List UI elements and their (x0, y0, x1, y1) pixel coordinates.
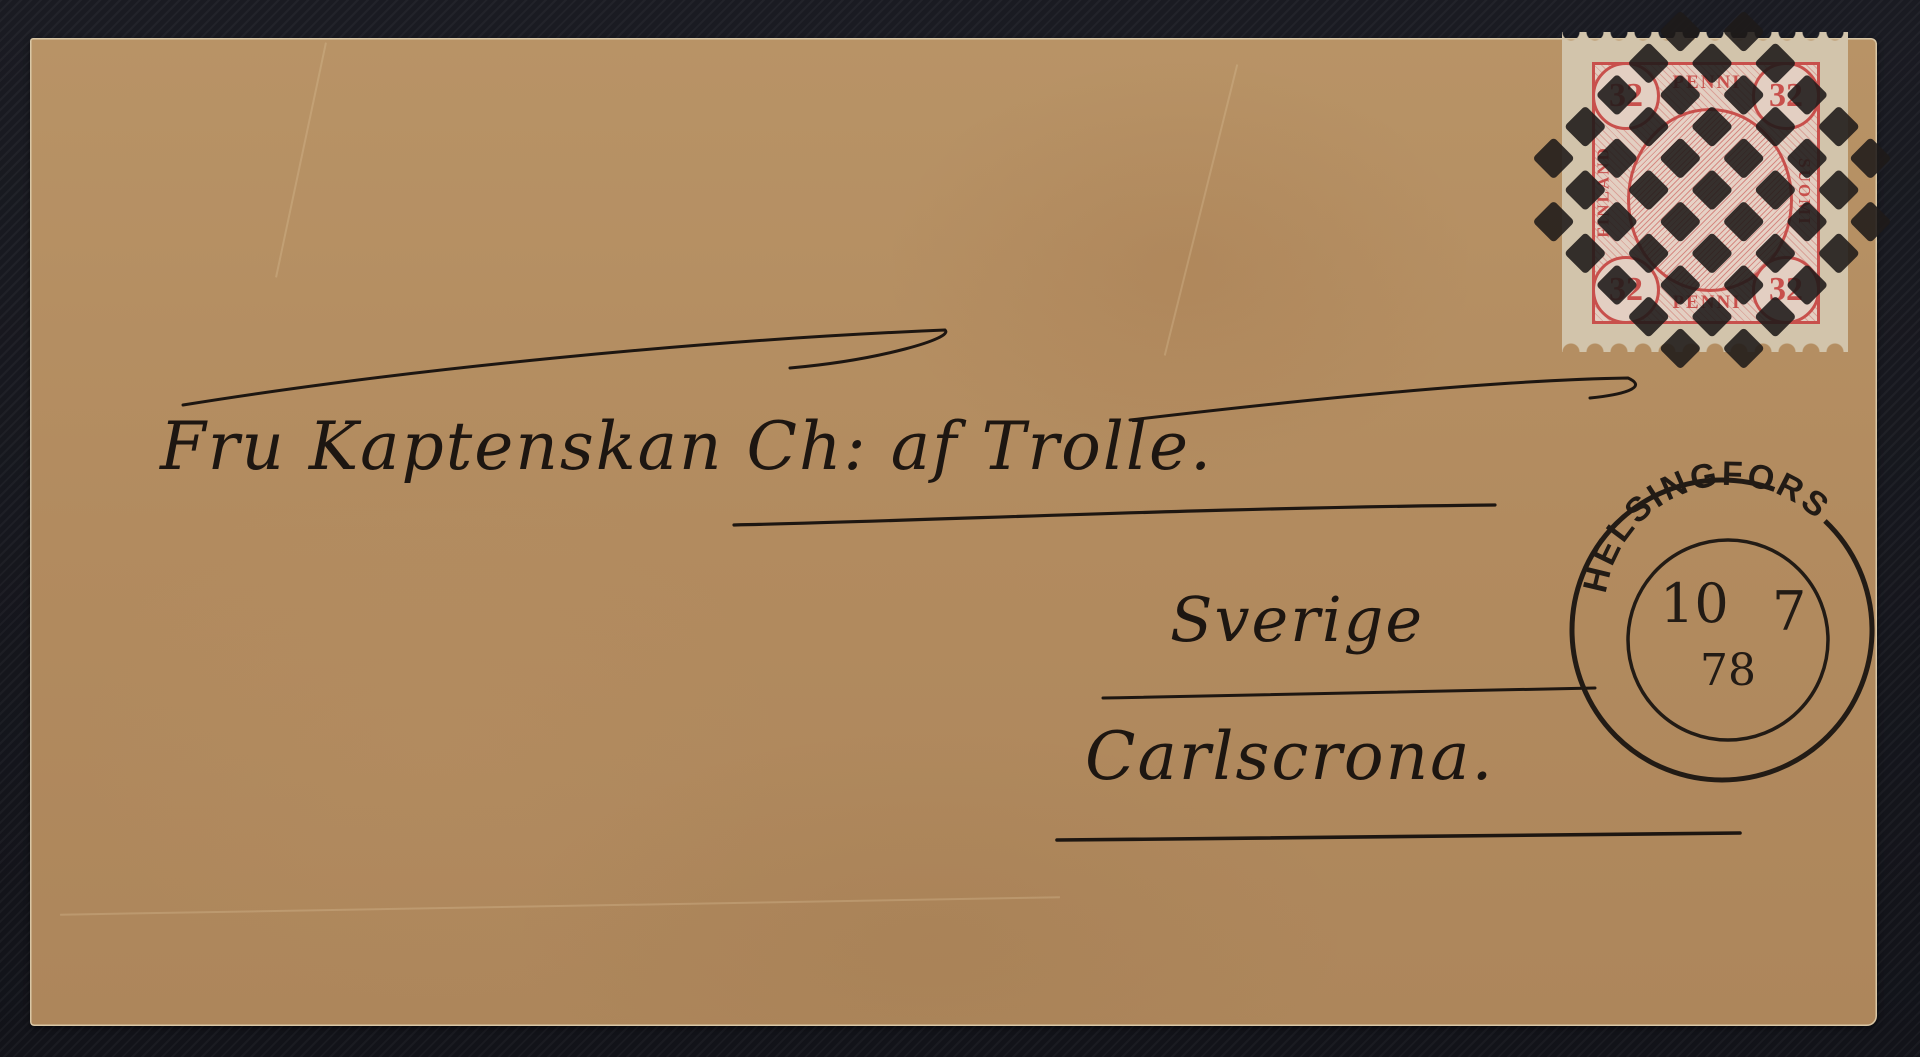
postmark-day: 10 (1660, 572, 1729, 635)
postmark-month: 7 (1772, 580, 1806, 643)
postmark-year: 78 (1700, 645, 1756, 696)
postmark-circle-icon: HELSINGFORS (0, 0, 1920, 1057)
